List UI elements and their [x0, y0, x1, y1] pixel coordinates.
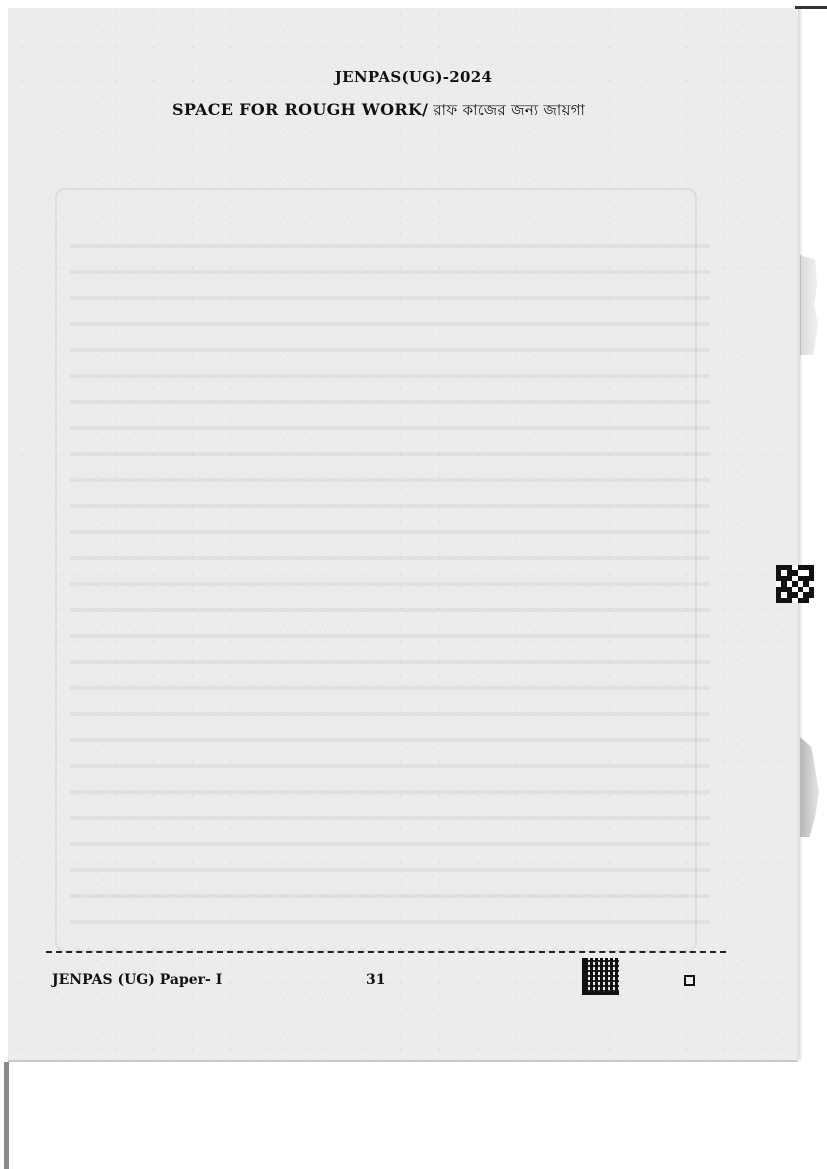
footer-paper-label: JENPAS (UG) Paper- I	[52, 972, 222, 988]
show-through-text	[70, 230, 710, 930]
torn-paper-edge	[800, 255, 819, 355]
qr-code-icon	[776, 565, 814, 603]
page-edge	[798, 8, 802, 1060]
footer-divider	[46, 951, 726, 953]
datamatrix-icon	[582, 958, 619, 995]
exam-title: JENPAS(UG)-2024	[0, 68, 827, 86]
scan-edge-mark-left	[4, 1062, 9, 1169]
page-number: 31	[366, 972, 385, 988]
rough-work-heading: SPACE FOR ROUGH WORK/ রাফ কাজের জন্য জায…	[172, 99, 585, 124]
page-bottom-edge	[8, 1060, 798, 1062]
torn-paper-edge	[800, 737, 819, 837]
scan-edge-mark	[795, 6, 827, 9]
square-marker-icon	[684, 975, 695, 986]
rough-work-heading-en: SPACE FOR ROUGH WORK/	[172, 100, 428, 119]
rough-work-heading-bn: রাফ কাজের জন্য জায়গা	[428, 101, 585, 119]
